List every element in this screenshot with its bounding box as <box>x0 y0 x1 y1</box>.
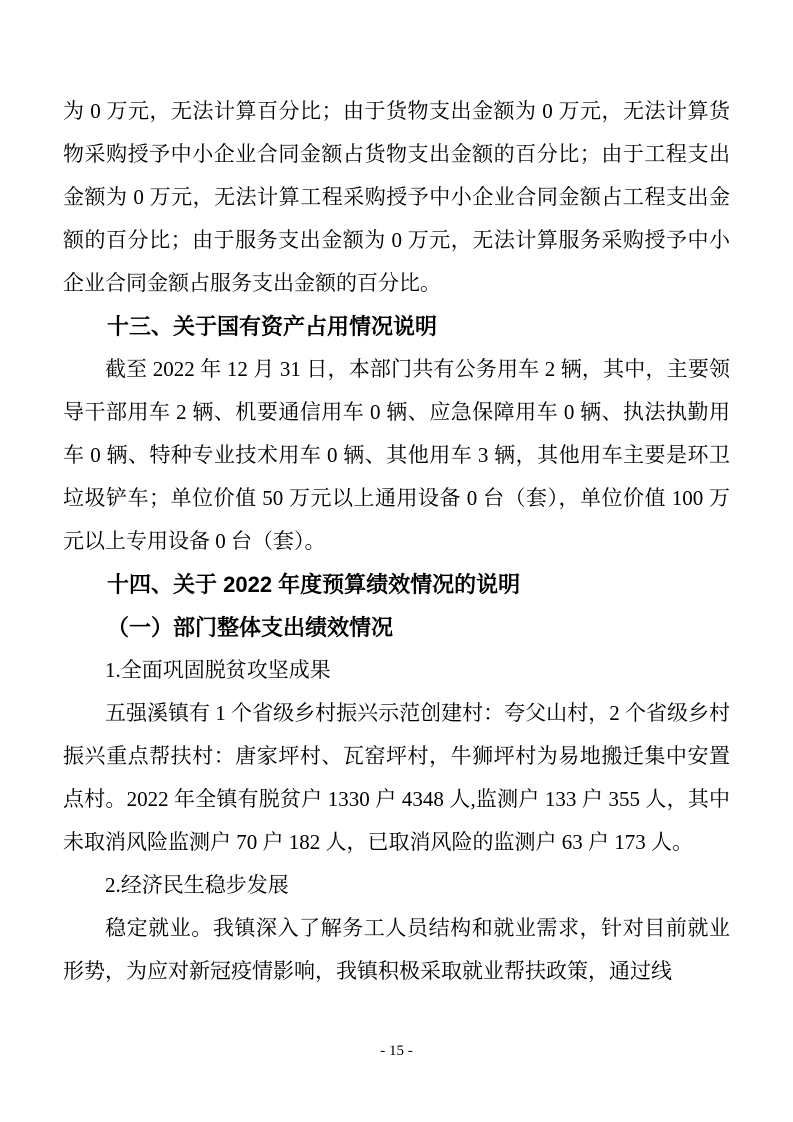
heading-section-14-budget-performance: 十四、关于 2022 年度预算绩效情况的说明 <box>63 563 730 606</box>
page-number: - 15 - <box>0 1043 793 1060</box>
paragraph-poverty-alleviation-detail: 五强溪镇有 1 个省级乡村振兴示范创建村：夸父山村，2 个省级乡村振兴重点帮扶村… <box>63 692 730 864</box>
document-page: 为 0 万元，无法计算百分比；由于货物支出金额为 0 万元，无法计算货物采购授予… <box>0 0 793 1122</box>
numbered-item-2-economy-livelihood: 2.经济民生稳步发展 <box>63 864 730 907</box>
paragraph-procurement-percentages: 为 0 万元，无法计算百分比；由于货物支出金额为 0 万元，无法计算货物采购授予… <box>63 90 730 305</box>
paragraph-state-assets-detail: 截至 2022 年 12 月 31 日，本部门共有公务用车 2 辆，其中，主要领… <box>63 348 730 563</box>
heading-subsection-1-overall-expenditure: （一）部门整体支出绩效情况 <box>63 606 730 649</box>
numbered-item-1-poverty-alleviation: 1.全面巩固脱贫攻坚成果 <box>63 649 730 692</box>
heading-section-13-state-assets: 十三、关于国有资产占用情况说明 <box>63 305 730 348</box>
document-content: 为 0 万元，无法计算百分比；由于货物支出金额为 0 万元，无法计算货物采购授予… <box>0 0 793 993</box>
paragraph-employment-detail: 稳定就业。我镇深入了解务工人员结构和就业需求，针对目前就业形势，为应对新冠疫情影… <box>63 907 730 993</box>
